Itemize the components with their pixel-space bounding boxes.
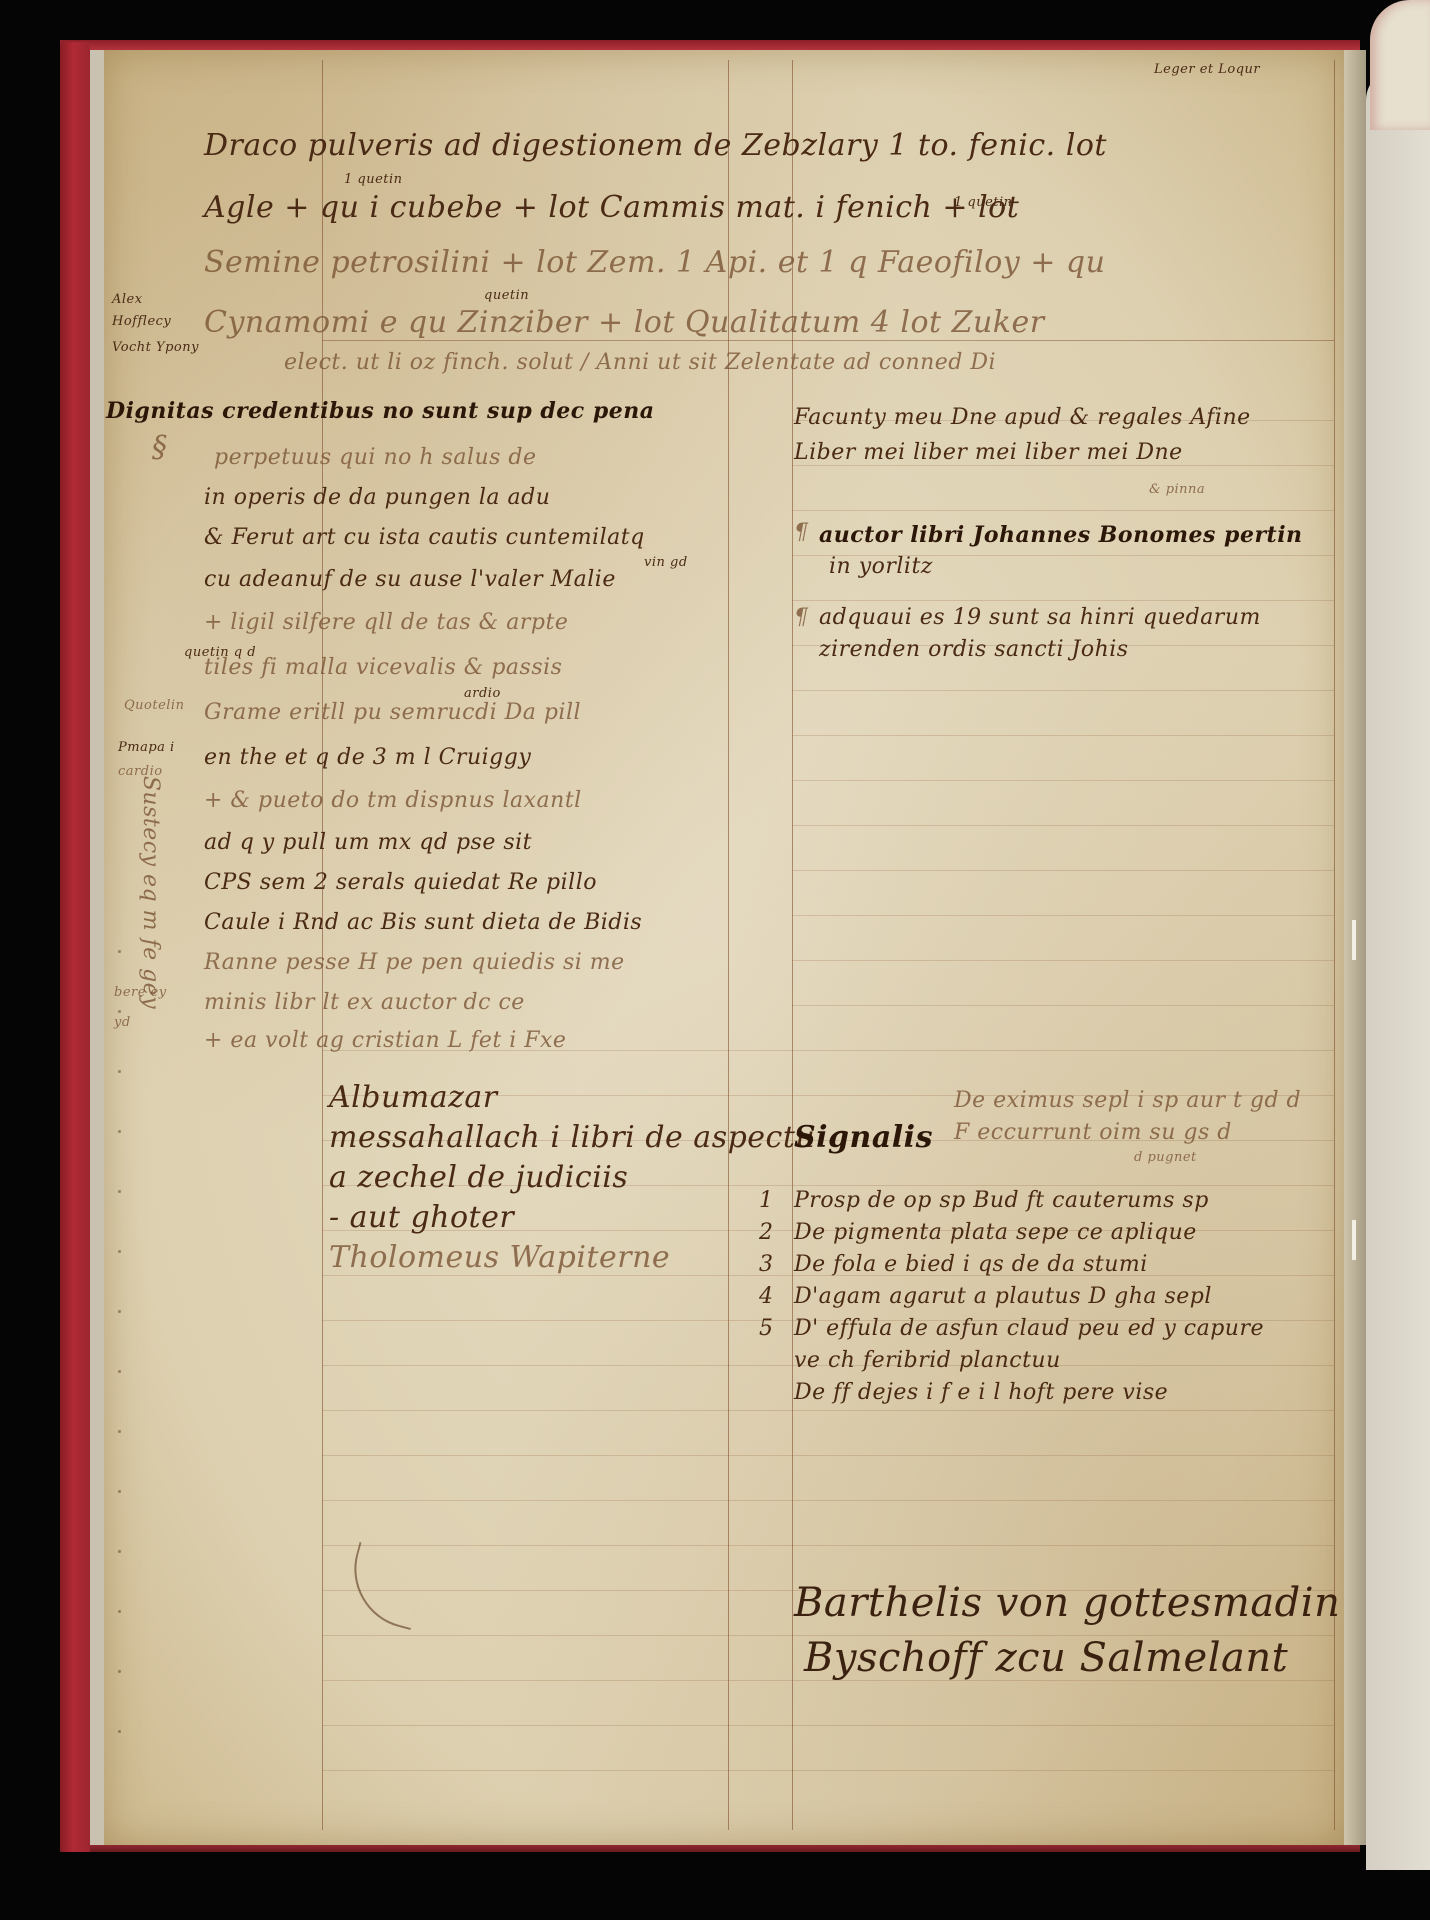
left-column-line: + & pueto do tm dispnus laxantl [204, 788, 582, 813]
item-number: 5 [759, 1316, 774, 1341]
ruling-vertical [1334, 60, 1335, 1830]
left-column-line: perpetuus qui no h salus de [214, 445, 537, 470]
ruling-horizontal [322, 340, 1334, 341]
ruling-horizontal [792, 960, 1334, 961]
ruling-horizontal [322, 1770, 1334, 1771]
ownership-note: zirenden ordis sancti Johis [819, 637, 1129, 662]
recipe-line: Draco pulveris ad digestionem de Zebzlar… [204, 128, 1107, 163]
ruling-horizontal [322, 1455, 1334, 1456]
lower-right-line: ve ch feribrid planctuu [794, 1348, 1061, 1373]
margin-note: Pmapa i [118, 740, 175, 755]
pricking-hole [118, 1610, 121, 1613]
ruling-horizontal [792, 510, 1334, 511]
lower-right-header-line: F eccurrunt oim su gs d [954, 1120, 1232, 1145]
recipe-line: elect. ut li oz finch. solut / Anni ut s… [284, 350, 996, 375]
left-column-line: in operis de da pungen la adu [204, 485, 550, 510]
left-column-line: Ranne pesse H pe pen quiedis si me [204, 950, 625, 975]
right-column-line: Liber mei liber mei liber mei Dne [794, 440, 1183, 465]
left-column-line: Caule i Rnd ac Bis sunt dieta de Bidis [204, 910, 642, 935]
left-column-line: + ea volt ag cristian L fet i Fxe [204, 1028, 566, 1053]
left-column-line: minis libr lt ex auctor dc ce [204, 990, 525, 1015]
paragraph-mark: ¶ [794, 605, 809, 630]
top-right-note: Leger et Loqur [1154, 62, 1260, 77]
ruling-horizontal [792, 735, 1334, 736]
pricking-hole [118, 1550, 121, 1553]
item-number: 3 [759, 1252, 774, 1277]
ruling-horizontal [792, 780, 1334, 781]
section-mark: § [152, 430, 168, 465]
book-list-item: - aut ghoter [329, 1200, 514, 1235]
left-column-line: & Ferut art cu ista cautis cuntemilatq [204, 525, 645, 550]
lower-right-heading: Signalis [794, 1120, 933, 1155]
binding-gap [1352, 920, 1356, 960]
margin-note: Alex [112, 292, 143, 307]
margin-note: bere ey [114, 985, 167, 1000]
interlinear-gloss: quetin [484, 288, 529, 303]
binding-gap [1352, 1220, 1356, 1260]
book-list-item: Albumazar [329, 1080, 498, 1115]
manuscript-page: Leger et Loqur Draco pulveris ad digesti… [104, 50, 1344, 1845]
margin-note: Vocht Ypony [112, 340, 199, 355]
book-list-item: messahallach i libri de aspectu [329, 1120, 815, 1155]
ruling-horizontal [792, 915, 1334, 916]
ruling-horizontal [792, 870, 1334, 871]
interlinear-gloss: 1 quetin [954, 195, 1013, 210]
margin-note: Hofflecy [112, 314, 171, 329]
pricking-hole [118, 1370, 121, 1373]
interlinear-gloss: 1 quetin [344, 172, 403, 187]
ruling-horizontal [322, 1725, 1334, 1726]
ownership-note: in yorlitz [829, 554, 933, 579]
ruling-horizontal [322, 1500, 1334, 1501]
ruling-horizontal [792, 825, 1334, 826]
lower-right-line: Prosp de op sp Bud ft cauterums sp [794, 1188, 1209, 1213]
recipe-line: Semine petrosilini + lot Zem. 1 Api. et … [204, 245, 1105, 280]
facing-leaf-corner [1370, 0, 1430, 130]
ruling-horizontal [322, 1410, 1334, 1411]
left-column-line: tiles fi malla vicevalis & passis [204, 655, 562, 680]
margin-note: Quotelin [124, 698, 184, 713]
item-number: 4 [759, 1284, 774, 1309]
margin-note: yd [114, 1015, 131, 1030]
ruling-horizontal [792, 690, 1334, 691]
item-number: 1 [759, 1188, 774, 1213]
signature-line: Byschoff zcu Salmelant [804, 1635, 1288, 1681]
red-binding-edge [60, 42, 90, 1852]
binding-top-edge [60, 40, 1360, 50]
interlinear-gloss: vin gd [644, 555, 688, 570]
pricking-hole [118, 1730, 121, 1733]
right-column-line: Facunty meu Dne apud & regales Afine [794, 405, 1251, 430]
recipe-line: Cynamomi e qu Zinziber + lot Qualitatum … [204, 305, 1045, 340]
pricking-hole [118, 1130, 121, 1133]
ruling-horizontal [792, 600, 1334, 601]
lower-right-header-line: d pugnet [1134, 1150, 1197, 1165]
ownership-note: auctor libri Johannes Bonomes pertin [819, 522, 1303, 548]
left-column-line: ad q y pull um mx qd pse sit [204, 830, 532, 855]
ruling-horizontal [792, 1005, 1334, 1006]
signature-line: Barthelis von gottesmadin [794, 1580, 1340, 1626]
pricking-hole [118, 1190, 121, 1193]
pricking-hole [118, 1070, 121, 1073]
ruling-horizontal [322, 1545, 1334, 1546]
pricking-hole [118, 1430, 121, 1433]
ruling-horizontal [792, 465, 1334, 466]
lower-right-line: De pigmenta plata sepe ce aplique [794, 1220, 1197, 1245]
pricking-hole [118, 1250, 121, 1253]
vertical-margin-note: Sustecy eq m fe gey [138, 776, 163, 1009]
pricking-hole [118, 1310, 121, 1313]
book-list-item: Tholomeus Wapiterne [329, 1240, 670, 1275]
pricking-hole [118, 950, 121, 953]
lower-right-line: D'agam agarut a plautus D gha sepl [794, 1284, 1212, 1309]
left-column-line: cu adeanuf de su ause l'valer Malie [204, 567, 616, 592]
pricking-hole [118, 1490, 121, 1493]
pricking-hole [118, 1010, 121, 1013]
lower-right-line: De ff dejes i f e i l hoft pere vise [794, 1380, 1168, 1405]
ownership-note: adquaui es 19 sunt sa hinri quedarum [819, 605, 1261, 630]
left-column-line: Dignitas credentibus no sunt sup dec pen… [106, 398, 654, 424]
recipe-line: Agle + qu i cubebe + lot Cammis mat. i f… [204, 190, 1019, 225]
left-column-line: CPS sem 2 serals quiedat Re pillo [204, 870, 597, 895]
pricking-hole [118, 1670, 121, 1673]
lower-right-header-line: De eximus sepl i sp aur t gd d [954, 1088, 1301, 1113]
right-column-line: & pinna [1149, 482, 1205, 497]
facing-leaf [1366, 70, 1430, 1870]
left-column-line: Grame eritll pu semrucdi Da pill [204, 700, 581, 725]
lower-right-line: De fola e bied i qs de da stumi [794, 1252, 1148, 1277]
lower-right-line: D' effula de asfun claud peu ed y capure [794, 1316, 1264, 1341]
left-column-line: en the et q de 3 m l Cruiggy [204, 745, 531, 770]
item-number: 2 [759, 1220, 774, 1245]
interlinear-gloss: ardio [464, 686, 501, 701]
book-list-item: a zechel de judiciis [329, 1160, 628, 1195]
paragraph-mark: ¶ [794, 520, 809, 545]
left-column-line: + ligil silfere qll de tas & arpte [204, 610, 568, 635]
pen-stroke [341, 1542, 429, 1630]
